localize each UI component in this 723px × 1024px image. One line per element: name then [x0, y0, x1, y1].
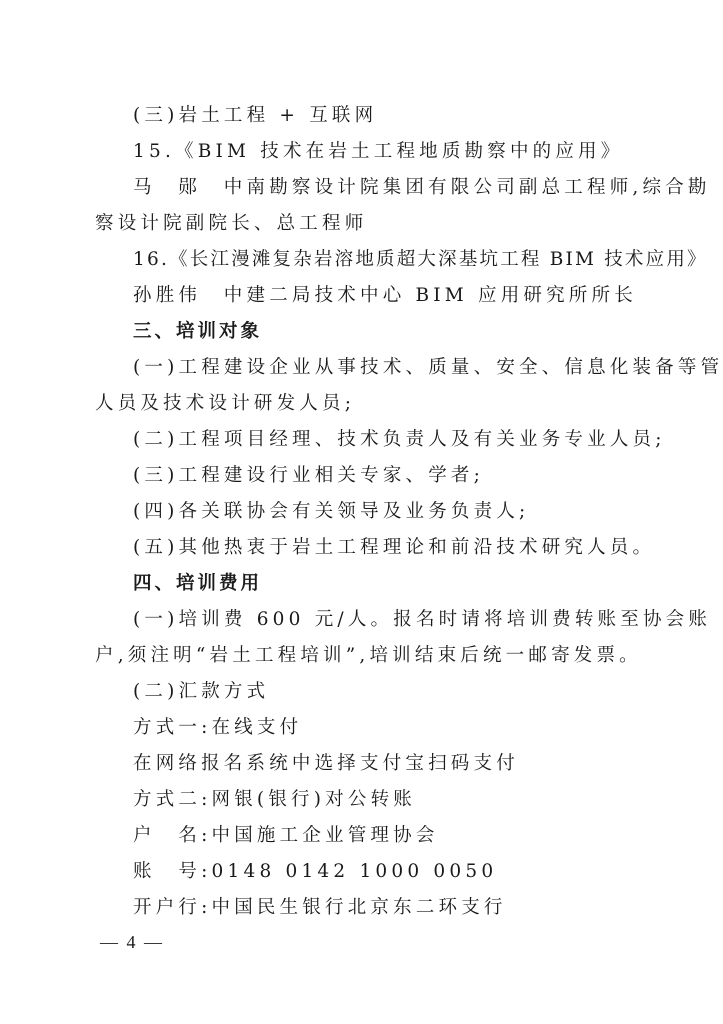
target-item: (四)各关联协会有关领导及业务负责人; [133, 500, 529, 524]
fee-line1: (一)培训费 600 元/人。报名时请将培训费转账至协会账 [133, 608, 711, 632]
subsection-title: (三)岩土工程 + 互联网 [133, 104, 377, 128]
talk-16-speaker: 孙胜伟 中建二局技术中心 BIM 应用研究所所长 [133, 284, 637, 308]
account-number: 账 号:0148 0142 1000 0050 [133, 860, 497, 884]
target-item: (一)工程建设企业从事技术、质量、安全、信息化装备等管理 [133, 356, 723, 380]
document-page: (三)岩土工程 + 互联网 15.《BIM 技术在岩土工程地质勘察中的应用》 马… [0, 0, 723, 1024]
bank-name: 开户行:中国民生银行北京东二环支行 [133, 896, 507, 920]
page-number: — 4 — [100, 932, 164, 953]
section-heading-training-targets: 三、培训对象 [133, 320, 262, 344]
target-item: (五)其他热衷于岩土工程理论和前沿技术研究人员。 [133, 536, 655, 560]
section-heading-training-fees: 四、培训费用 [133, 572, 262, 596]
target-item: (二)工程项目经理、技术负责人及有关业务专业人员; [133, 428, 666, 452]
talk-15-speaker-line1: 马 郧 中南勘察设计院集团有限公司副总工程师,综合勘 [133, 176, 711, 200]
remit-title: (二)汇款方式 [133, 680, 269, 704]
target-item-continued: 人员及技术设计研发人员; [95, 392, 355, 416]
method2-title: 方式二:网银(银行)对公转账 [133, 788, 416, 812]
fee-line2: 户,须注明“岩土工程培训”,培训结束后统一邮寄发票。 [95, 644, 642, 668]
method1-title: 方式一:在线支付 [133, 716, 302, 740]
talk-15-speaker-line2: 察设计院副院长、总工程师 [95, 212, 367, 236]
account-name: 户 名:中国施工企业管理协会 [133, 824, 439, 848]
target-item: (三)工程建设行业相关专家、学者; [133, 464, 484, 488]
method1-desc: 在网络报名系统中选择支付宝扫码支付 [133, 752, 519, 776]
talk-15-title: 15.《BIM 技术在岩土工程地质勘察中的应用》 [133, 140, 623, 164]
talk-16-title: 16.《长江漫滩复杂岩溶地质超大深基坑工程 BIM 技术应用》 [133, 248, 708, 272]
